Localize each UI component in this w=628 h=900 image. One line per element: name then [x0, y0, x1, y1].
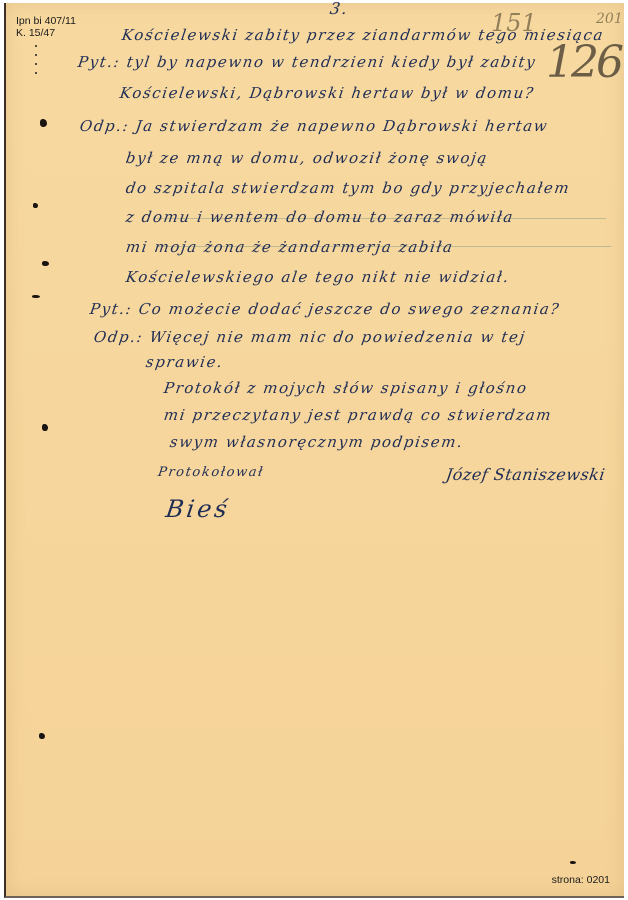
speaker-label: Pyt.:	[77, 53, 122, 71]
recorder-label: Protokołował	[157, 465, 265, 480]
punch-hole-mark	[32, 295, 40, 298]
protocol-line: Protokół z mojych słów spisany i głośno	[163, 379, 529, 397]
archive-signature: Ipn bi 407/11 K. 15/47	[16, 15, 76, 39]
punch-hole-mark	[42, 261, 49, 266]
protocol-line: do szpitala stwierdzam tym bo gdy przyje…	[125, 179, 572, 197]
margin-dot	[35, 54, 37, 56]
protocol-line: był ze mną w domu, odwoził żonę swoją	[125, 149, 489, 167]
punch-hole-mark	[40, 119, 47, 127]
protocol-line: Kościelewskiego ale tego nikt nie widzia…	[125, 268, 511, 286]
protocol-line: mi moja żona że żandarmerja zabiła	[125, 238, 455, 256]
pencil-large-number: 126	[546, 37, 621, 88]
protocol-line: Kościelewski, Dąbrowski hertaw był w dom…	[119, 84, 536, 102]
punch-hole-mark	[39, 733, 45, 739]
speaker-label: Odp.:	[79, 117, 131, 135]
protocol-line: mi przeczytany jest prawdą co stwierdzam	[163, 406, 554, 424]
archive-signature-line2: K. 15/47	[16, 27, 76, 39]
punch-hole-mark	[33, 203, 38, 208]
protocol-line: Pyt.: Co możecie dodać jeszcze do swego …	[89, 300, 562, 318]
ink-speck	[570, 861, 576, 864]
page-heading: 3.	[329, 0, 350, 18]
protocol-line: Odp.: Więcej nie mam nic do powiedzenia …	[93, 328, 527, 346]
margin-dot	[35, 72, 37, 74]
margin-dot	[35, 63, 37, 65]
protocol-line: swym własnoręcznym podpisem.	[169, 433, 465, 451]
recorder-signature: Bieś	[164, 495, 232, 523]
speaker-label: Pyt.:	[89, 300, 134, 318]
document-page: Ipn bi 407/11 K. 15/47 3. 151 201 126 Ko…	[4, 3, 624, 898]
margin-dot	[35, 45, 37, 47]
pencil-page-number: 201	[596, 11, 623, 27]
protocol-line: Kościelewski zabity przez ziandarmów teg…	[121, 26, 606, 44]
protocol-line: Odp.: Ja stwierdzam że napewno Dąbrowski…	[79, 117, 550, 135]
punch-hole-mark	[42, 424, 48, 431]
archive-signature-line1: Ipn bi 407/11	[16, 15, 76, 27]
protocol-line: sprawie.	[145, 353, 225, 371]
speaker-label: Odp.:	[93, 328, 145, 346]
witness-signature: Józef Staniszewski	[445, 465, 607, 484]
protocol-line: Pyt.: tyl by napewno w tendrzieni kiedy …	[77, 53, 538, 71]
protocol-line: z domu i wentem do domu to zaraz mówiła	[125, 208, 516, 226]
page-number: strona: 0201	[552, 874, 610, 886]
